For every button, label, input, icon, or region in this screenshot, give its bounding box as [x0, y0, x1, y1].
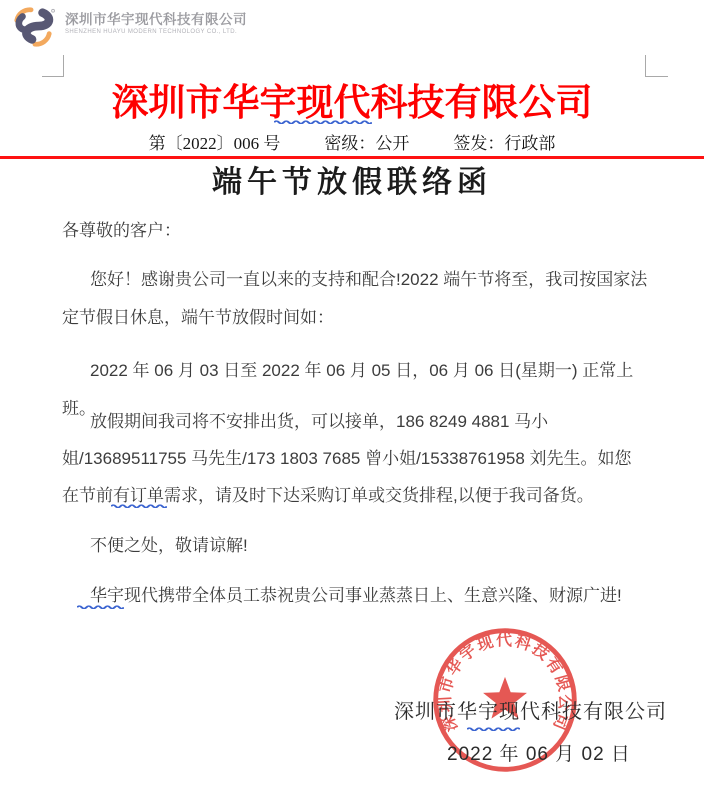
paragraph-contacts: 放假期间我司将不安排出货，可以接单，186 8249 4881 马小姐/1368…: [62, 403, 648, 514]
spellcheck-underline: [111, 503, 167, 508]
paragraph-greeting: 您好！感谢贵公司一直以来的支持和配合!2022 端午节将至，我司按国家法定节假日…: [62, 261, 648, 337]
document-meta-row: 第〔2022〕006 号 密级：公开 签发：行政部: [0, 134, 704, 154]
logo-company-name: 深圳市华宇现代科技有限公司: [65, 12, 247, 27]
spellcheck-underline: [274, 119, 372, 124]
signature-date: 2022 年 06 月 02 日: [447, 744, 631, 766]
issuer: 签发：行政部: [453, 134, 555, 154]
header-rule: [0, 156, 704, 159]
document-title: 端午节放假联络函: [0, 163, 704, 203]
salutation: 各尊敬的客户：: [62, 212, 648, 250]
letterhead-company-title: 深圳市华宇现代科技有限公司: [0, 82, 704, 124]
company-logo: 深圳市华宇现代科技有限公司 SHENZHEN HUAYU MODERN TECH…: [8, 6, 247, 48]
security-level: 密级：公开: [324, 134, 409, 154]
logo-mark-icon: [8, 6, 58, 48]
spellcheck-underline: [77, 604, 124, 609]
margin-crop-mark-left: [42, 55, 64, 77]
signature-company: 深圳市华宇现代科技有限公司: [394, 701, 667, 724]
doc-number: 第〔2022〕006 号: [149, 134, 281, 154]
paragraph-wishes: 华宇现代携带全体员工恭祝贵公司事业蒸蒸日上、生意兴隆、财源广进!: [62, 577, 648, 615]
margin-crop-mark-right: [645, 55, 668, 77]
paragraph-apology: 不便之处，敬请谅解!: [62, 527, 648, 565]
logo-text: 深圳市华宇现代科技有限公司 SHENZHEN HUAYU MODERN TECH…: [65, 12, 247, 35]
spellcheck-underline: [467, 726, 520, 731]
logo-company-name-en: SHENZHEN HUAYU MODERN TECHNOLOGY CO., LT…: [65, 29, 247, 35]
